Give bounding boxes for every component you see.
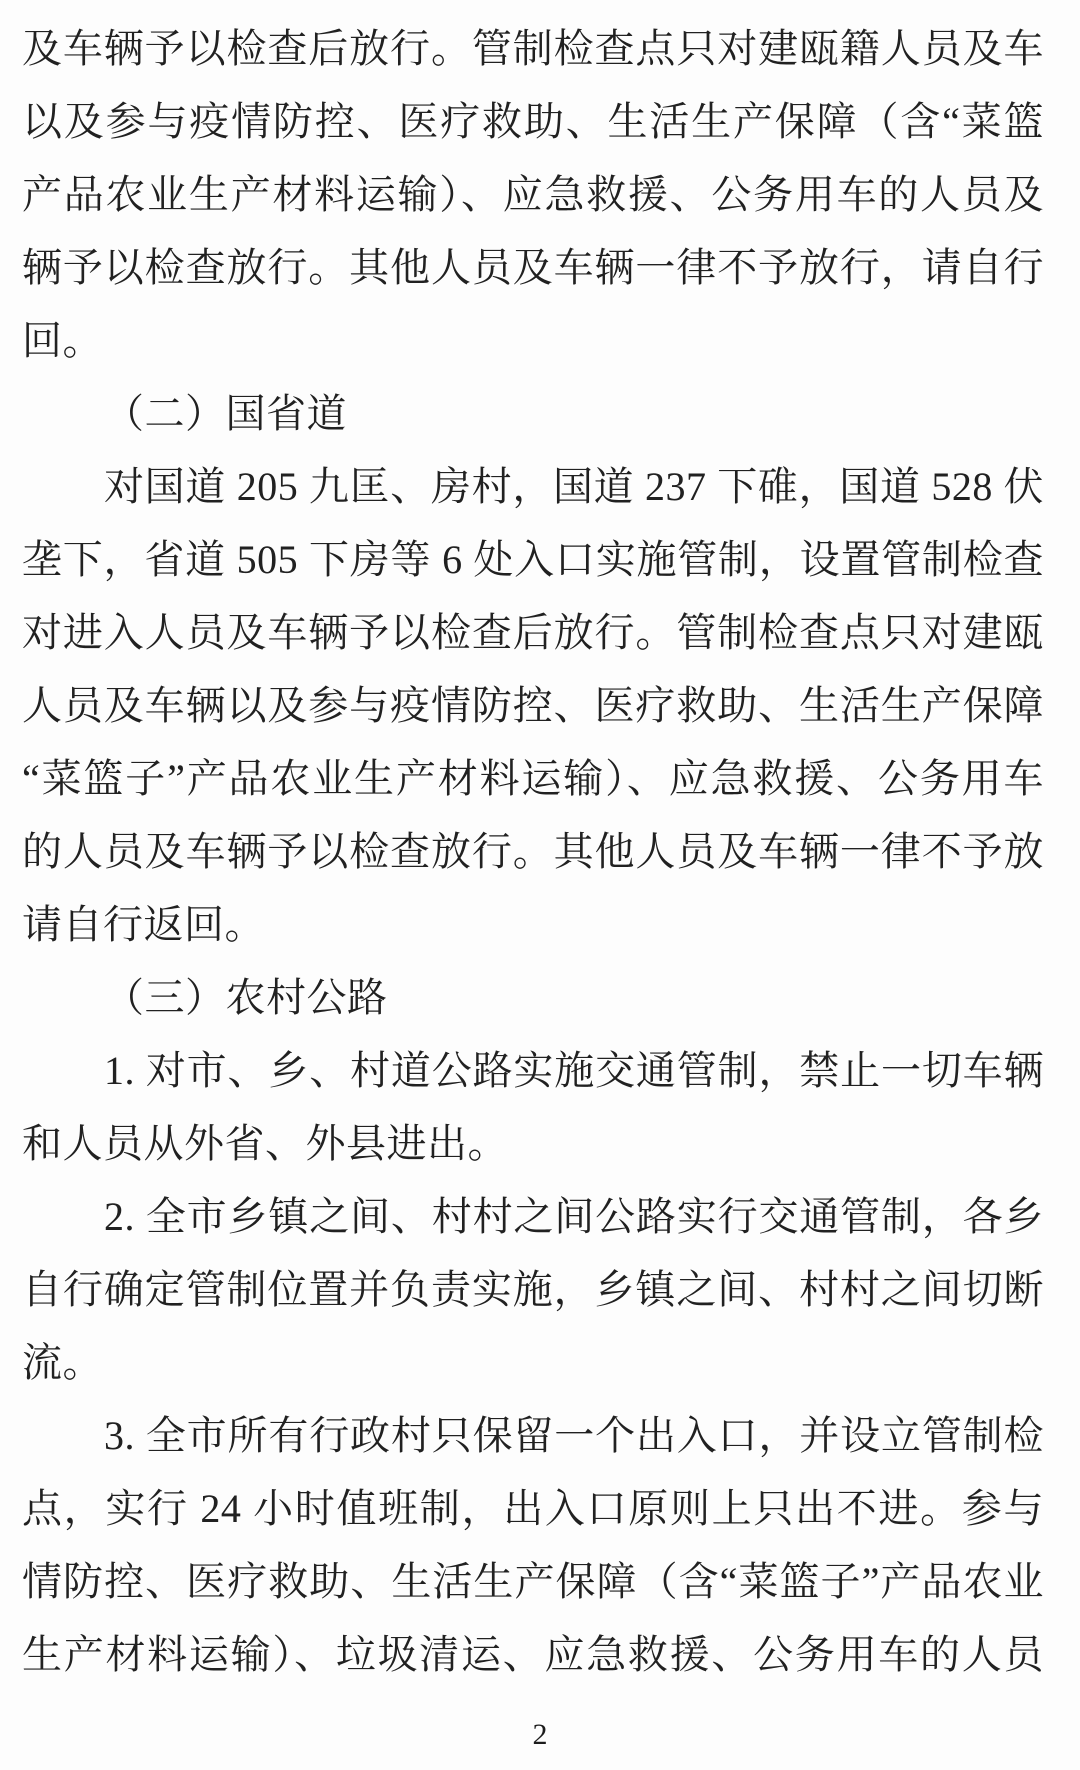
section-heading: （三）农村公路	[22, 961, 1044, 1034]
text-line: 的人员及车辆予以检查放行。其他人员及车辆一律不予放行，	[22, 815, 1044, 888]
text-line: 对进入人员及车辆予以检查后放行。管制检查点只对建瓯籍	[22, 596, 1044, 669]
text-line: 流。	[22, 1326, 1044, 1399]
text-line: 自行确定管制位置并负责实施，乡镇之间、村村之间切断交	[22, 1253, 1044, 1326]
list-item-line: 1. 对市、乡、村道公路实施交通管制，禁止一切车辆	[22, 1034, 1044, 1107]
text-line: 回。	[22, 304, 1044, 377]
text-line: “菜篮子”产品农业生产材料运输）、应急救援、公务用车	[22, 742, 1044, 815]
text-line: 点，实行 24 小时值班制，出入口原则上只出不进。参与疫	[22, 1472, 1044, 1545]
text-line: 辆予以检查放行。其他人员及车辆一律不予放行，请自行返	[22, 231, 1044, 304]
section-heading: （二）国省道	[22, 377, 1044, 450]
text-line: 和人员从外省、外县进出。	[22, 1107, 1044, 1180]
text-line: 垄下，省道 505 下房等 6 处入口实施管制，设置管制检查点，	[22, 523, 1044, 596]
text-line: 产品农业生产材料运输）、应急救援、公务用车的人员及车	[22, 158, 1044, 231]
list-item-line: 3. 全市所有行政村只保留一个出入口，并设立管制检查	[22, 1399, 1044, 1472]
text-line: 及车辆予以检查后放行。管制检查点只对建瓯籍人员及车辆	[22, 12, 1044, 85]
list-item-line: 2. 全市乡镇之间、村村之间公路实行交通管制，各乡镇	[22, 1180, 1044, 1253]
text-line: 人员及车辆以及参与疫情防控、医疗救助、生活生产保障（含	[22, 669, 1044, 742]
page-number: 2	[0, 1718, 1080, 1752]
text-line: 生产材料运输）、垃圾清运、应急救援、公务用车的人员及	[22, 1618, 1044, 1691]
text-line: 请自行返回。	[22, 888, 1044, 961]
document-page: 及车辆予以检查后放行。管制检查点只对建瓯籍人员及车辆 以及参与疫情防控、医疗救助…	[0, 0, 1080, 1770]
text-line: 情防控、医疗救助、生活生产保障（含“菜篮子”产品农业	[22, 1545, 1044, 1618]
text-line: 对国道 205 九匡、房村，国道 237 下碓，国道 528 伏演、	[22, 450, 1044, 523]
text-line: 以及参与疫情防控、医疗救助、生活生产保障（含“菜篮子”	[22, 85, 1044, 158]
